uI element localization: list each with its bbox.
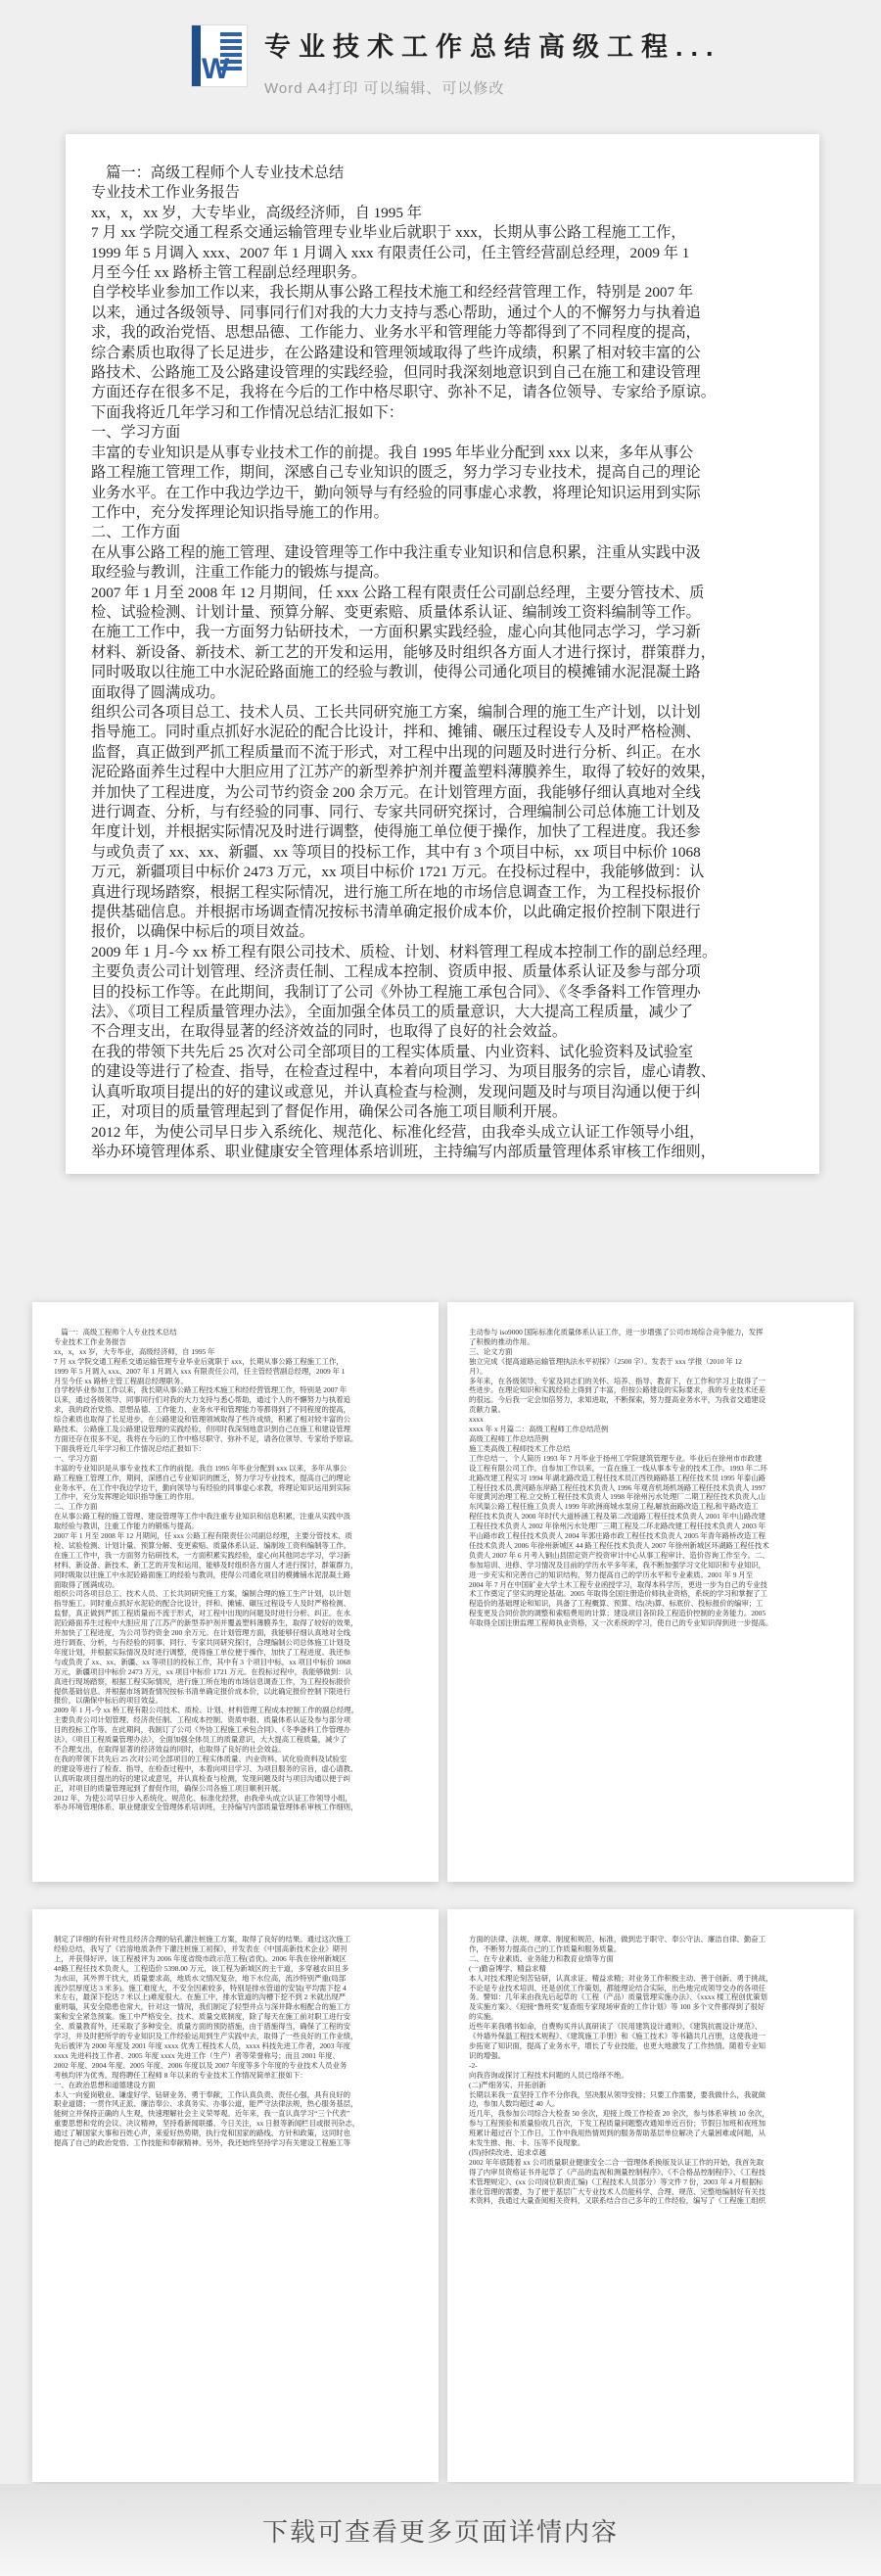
footer-note-bar: 下载可查看更多页面详情内容 xyxy=(0,2484,881,2576)
header-titles: 专业技术工作总结高级工程... Word A4打印 可以编辑、可以修改 xyxy=(264,25,721,98)
word-file-icon: W xyxy=(192,25,247,86)
icon-line xyxy=(220,53,242,57)
thumbnail-page-2-text: 主动参与 iso9000 国际标准化质量体系认证工作，进一步增强了公司市场综合竞… xyxy=(447,1302,854,1628)
document-page-1-large-preview: 篇一：高级工程师个人专业技术总结 专业技术工作业务报告 xx，x，xx 岁，大专… xyxy=(66,134,819,1174)
thumbnail-page-2[interactable]: 主动参与 iso9000 国际标准化质量体系认证工作，进一步增强了公司市场综合竞… xyxy=(447,1302,854,1882)
thumbnail-page-1-text: 篇一：高级工程师个人专业技术总结 专业技术工作业务报告 xx，x，xx 岁，大专… xyxy=(32,1302,439,1812)
document-header: W 专业技术工作总结高级工程... Word A4打印 可以编辑、可以修改 xyxy=(192,25,721,98)
word-icon-spine xyxy=(192,25,201,86)
icon-line xyxy=(220,32,242,36)
icon-line xyxy=(220,46,242,50)
thumbnail-page-1[interactable]: 篇一：高级工程师个人专业技术总结 专业技术工作业务报告 xx，x，xx 岁，大专… xyxy=(32,1302,439,1882)
icon-line xyxy=(220,67,242,70)
thumbnail-page-4[interactable]: 方面的法律、法规、规章、制度和规范、标准，做到忠于职守、奉公守法、廉洁自律、勤奋… xyxy=(447,1909,854,2482)
doc-meta: Word A4打印 可以编辑、可以修改 xyxy=(264,77,721,98)
icon-line xyxy=(220,39,242,43)
footer-note: 下载可查看更多页面详情内容 xyxy=(262,2512,619,2549)
doc-title: 专业技术工作总结高级工程... xyxy=(264,25,721,64)
word-icon-text-lines xyxy=(220,32,242,70)
page-canvas: W 专业技术工作总结高级工程... Word A4打印 可以编辑、可以修改 篇一… xyxy=(0,0,881,2576)
thumbnail-page-3-text: 制定了详细的有针对性且经济合理的钻孔灌注桩施工方案，取得了良好的结果。通过这次施… xyxy=(32,1909,439,2148)
icon-line xyxy=(220,60,242,64)
thumbnail-page-4-text: 方面的法律、法规、规章、制度和规范、标准，做到忠于职守、奉公守法、廉洁自律、勤奋… xyxy=(447,1909,854,2206)
thumbnail-page-3[interactable]: 制定了详细的有针对性且经济合理的钻孔灌注桩施工方案，取得了良好的结果。通过这次施… xyxy=(32,1909,439,2482)
page-1-text: 篇一：高级工程师个人专业技术总结 专业技术工作业务报告 xx，x，xx 岁，大专… xyxy=(66,134,819,1162)
